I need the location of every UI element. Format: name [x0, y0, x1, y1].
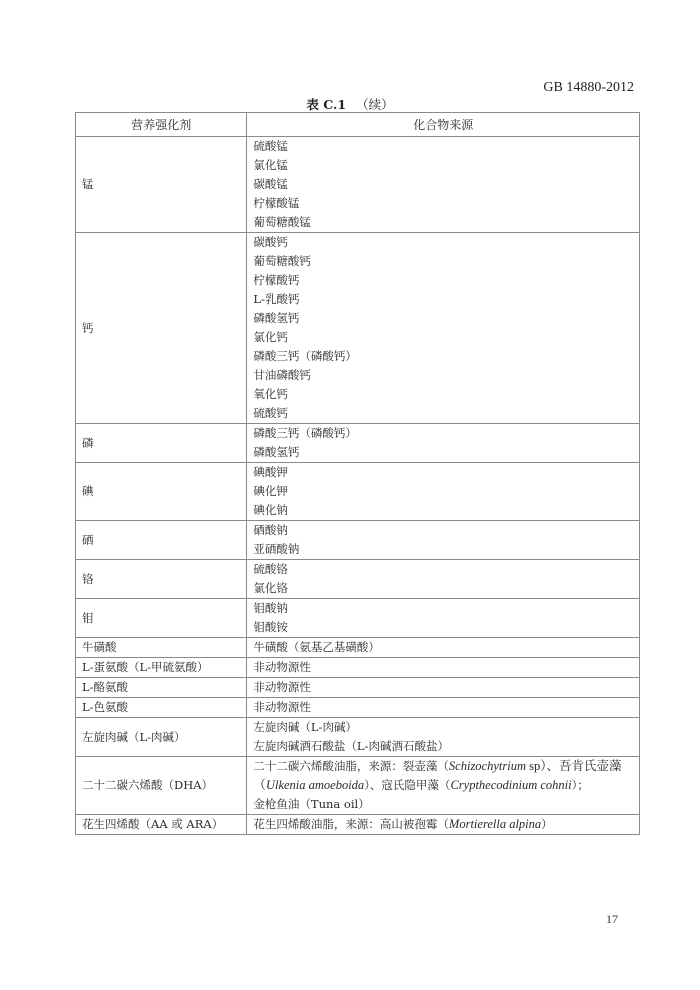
source-text: 花生四烯酸油脂，来源：高山被孢霉（	[253, 817, 449, 831]
compound-source: 碘酸钾	[253, 463, 633, 482]
compound-source: 氯化锰	[253, 156, 633, 175]
nutrient-name: 锰	[76, 137, 247, 233]
source-text: ）	[541, 817, 553, 831]
compound-source-list: 磷酸三钙（磷酸钙） 磷酸氢钙	[247, 424, 640, 463]
compound-source: 亚硒酸钠	[253, 540, 633, 559]
source-text: ）；	[572, 778, 589, 792]
nutrient-name: 花生四烯酸（AA 或 ARA）	[76, 815, 247, 835]
compound-source: 柠檬酸锰	[253, 194, 633, 213]
compound-source: 硫酸锰	[253, 137, 633, 156]
compound-source-list: 碘酸钾 碘化钾 碘化钠	[247, 463, 640, 521]
scientific-name: Mortierella alpina	[449, 817, 541, 831]
table-row: 硒 硒酸钠 亚硒酸钠	[76, 521, 640, 560]
compound-source: 左旋肉碱（L-肉碱）	[253, 718, 633, 737]
compound-source: 碳酸锰	[253, 175, 633, 194]
nutrient-name: L-酪氨酸	[76, 678, 247, 698]
table-row: L-色氨酸 非动物源性	[76, 698, 640, 718]
compound-source: 二十二碳六烯酸油脂，来源：裂壶藻（Schizochytrium sp）、吾肯氏壶…	[253, 757, 633, 795]
scientific-name: Crypthecodinium cohnii	[450, 778, 571, 792]
compound-source: 钼酸钠	[253, 599, 633, 618]
compound-source: 硒酸钠	[253, 521, 633, 540]
compound-source: 硫酸钙	[253, 404, 633, 423]
compound-source-list: 非动物源性	[247, 698, 640, 718]
scientific-name: Ulkenia amoeboida	[266, 778, 364, 792]
nutrient-name: L-色氨酸	[76, 698, 247, 718]
table-row: 花生四烯酸（AA 或 ARA） 花生四烯酸油脂，来源：高山被孢霉（Mortier…	[76, 815, 640, 835]
compound-source-list: 非动物源性	[247, 678, 640, 698]
compound-source: 左旋肉碱酒石酸盐（L-肉碱酒石酸盐）	[253, 737, 633, 756]
nutrient-name: 铬	[76, 560, 247, 599]
compound-source: 氯化钙	[253, 328, 633, 347]
compound-source: 磷酸三钙（磷酸钙）	[253, 424, 633, 443]
table-row: 钙 碳酸钙 葡萄糖酸钙 柠檬酸钙 L-乳酸钙 磷酸氢钙 氯化钙 磷酸三钙（磷酸钙…	[76, 233, 640, 424]
source-text: ）、寇氏隐甲藻（	[364, 778, 450, 792]
table-row: 铬 硫酸铬 氯化铬	[76, 560, 640, 599]
nutrient-name: 钙	[76, 233, 247, 424]
nutrient-name: 二十二碳六烯酸（DHA）	[76, 757, 247, 815]
compound-source: 碘化钠	[253, 501, 633, 520]
table-caption-label: 表 C.1	[306, 97, 346, 112]
table-header-row: 营养强化剂 化合物来源	[76, 113, 640, 137]
compound-source: 钼酸铵	[253, 618, 633, 637]
column-header-nutrient: 营养强化剂	[76, 113, 247, 137]
compound-source: 磷酸氢钙	[253, 309, 633, 328]
compound-source: 葡萄糖酸锰	[253, 213, 633, 232]
compound-source-list: 牛磺酸（氨基乙基磺酸）	[247, 638, 640, 658]
compound-source: 磷酸三钙（磷酸钙）	[253, 347, 633, 366]
compound-source: 金枪鱼油（Tuna oil）	[253, 795, 633, 814]
table-row: 牛磺酸 牛磺酸（氨基乙基磺酸）	[76, 638, 640, 658]
nutrient-name: 碘	[76, 463, 247, 521]
compound-source: 磷酸氢钙	[253, 443, 633, 462]
table-row: 钼 钼酸钠 钼酸铵	[76, 599, 640, 638]
compound-source-list: 硒酸钠 亚硒酸钠	[247, 521, 640, 560]
compound-source-list: 硫酸铬 氯化铬	[247, 560, 640, 599]
table-row: L-酪氨酸 非动物源性	[76, 678, 640, 698]
compound-source: 柠檬酸钙	[253, 271, 633, 290]
compound-source: 葡萄糖酸钙	[253, 252, 633, 271]
compound-source-list: 二十二碳六烯酸油脂，来源：裂壶藻（Schizochytrium sp）、吾肯氏壶…	[247, 757, 640, 815]
nutrient-name: 硒	[76, 521, 247, 560]
compound-source: 氧化钙	[253, 385, 633, 404]
table-row: 锰 硫酸锰 氯化锰 碳酸锰 柠檬酸锰 葡萄糖酸锰	[76, 137, 640, 233]
compound-source: 非动物源性	[253, 698, 633, 717]
compound-source-list: 非动物源性	[247, 658, 640, 678]
compound-source: 花生四烯酸油脂，来源：高山被孢霉（Mortierella alpina）	[253, 815, 633, 834]
table-caption: 表 C.1（续）	[0, 95, 700, 113]
source-text: 二十二碳六烯酸油脂，来源：裂壶藻（	[253, 759, 449, 773]
compound-source: 碘化钾	[253, 482, 633, 501]
compound-source-list: 左旋肉碱（L-肉碱） 左旋肉碱酒石酸盐（L-肉碱酒石酸盐）	[247, 718, 640, 757]
compound-source: 牛磺酸（氨基乙基磺酸）	[253, 638, 633, 657]
nutrient-name: 钼	[76, 599, 247, 638]
compound-source: 硫酸铬	[253, 560, 633, 579]
scientific-name: Schizochytrium	[449, 759, 526, 773]
page-number: 17	[606, 912, 618, 927]
compound-source-list: 花生四烯酸油脂，来源：高山被孢霉（Mortierella alpina）	[247, 815, 640, 835]
table-row: L-蛋氨酸（L-甲硫氨酸） 非动物源性	[76, 658, 640, 678]
nutrient-compound-table: 营养强化剂 化合物来源 锰 硫酸锰 氯化锰 碳酸锰 柠檬酸锰 葡萄糖酸锰 钙 碳…	[75, 112, 640, 835]
compound-source-list: 碳酸钙 葡萄糖酸钙 柠檬酸钙 L-乳酸钙 磷酸氢钙 氯化钙 磷酸三钙（磷酸钙） …	[247, 233, 640, 424]
standard-code: GB 14880-2012	[543, 80, 634, 96]
table-row: 左旋肉碱（L-肉碱） 左旋肉碱（L-肉碱） 左旋肉碱酒石酸盐（L-肉碱酒石酸盐）	[76, 718, 640, 757]
compound-source-list: 钼酸钠 钼酸铵	[247, 599, 640, 638]
table-caption-continued: （续）	[356, 97, 394, 112]
compound-source: 碳酸钙	[253, 233, 633, 252]
compound-source: 甘油磷酸钙	[253, 366, 633, 385]
table-row: 碘 碘酸钾 碘化钾 碘化钠	[76, 463, 640, 521]
table-row: 磷 磷酸三钙（磷酸钙） 磷酸氢钙	[76, 424, 640, 463]
compound-source: 非动物源性	[253, 678, 633, 697]
column-header-compound-source: 化合物来源	[247, 113, 640, 137]
nutrient-name: 牛磺酸	[76, 638, 247, 658]
nutrient-name: L-蛋氨酸（L-甲硫氨酸）	[76, 658, 247, 678]
compound-source: 氯化铬	[253, 579, 633, 598]
nutrient-name: 磷	[76, 424, 247, 463]
table-row: 二十二碳六烯酸（DHA） 二十二碳六烯酸油脂，来源：裂壶藻（Schizochyt…	[76, 757, 640, 815]
compound-source: 非动物源性	[253, 658, 633, 677]
compound-source-list: 硫酸锰 氯化锰 碳酸锰 柠檬酸锰 葡萄糖酸锰	[247, 137, 640, 233]
nutrient-name: 左旋肉碱（L-肉碱）	[76, 718, 247, 757]
compound-source: L-乳酸钙	[253, 290, 633, 309]
